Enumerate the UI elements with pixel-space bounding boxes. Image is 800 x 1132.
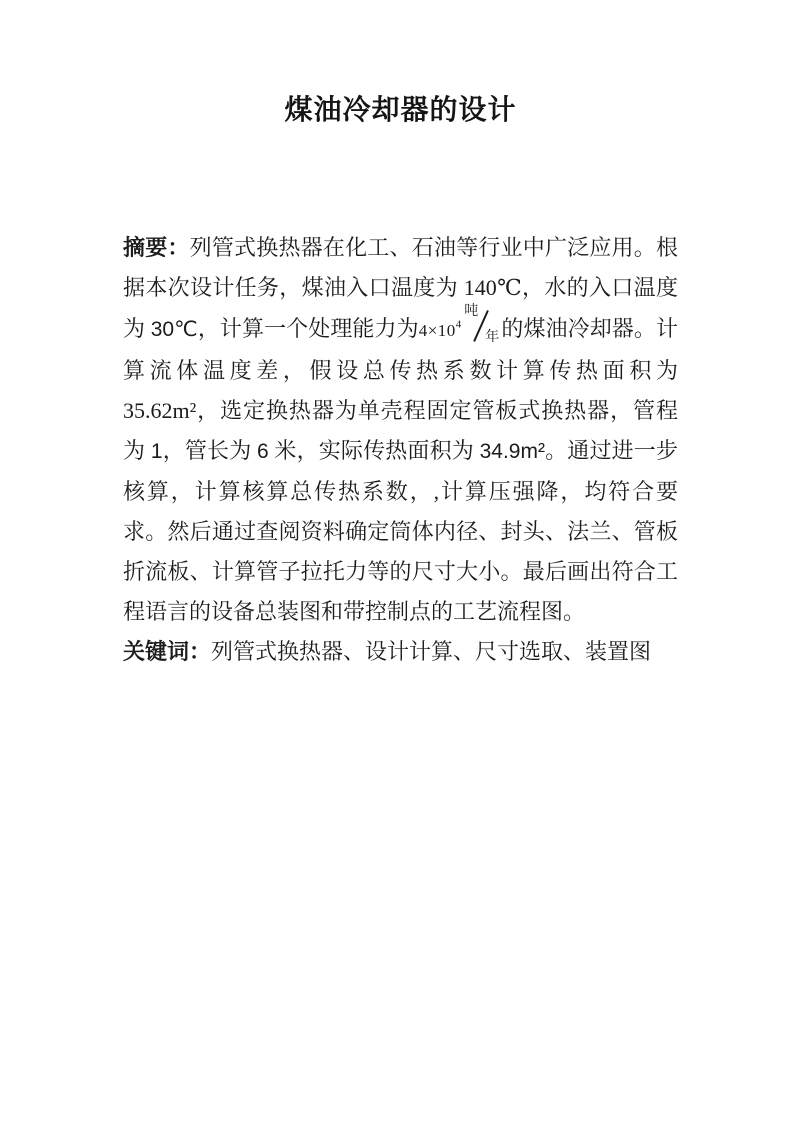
tube-length: 6 [257, 440, 269, 463]
tube-pass-count: 1 [151, 440, 163, 463]
abstract-text: 。通过进一步核算，计算核算总传热系数，,计算压强降，均符合要求。然后通过查阅资料… [123, 438, 678, 624]
abstract-label: 摘要： [123, 235, 190, 260]
keywords-label: 关键词： [123, 639, 211, 664]
document-page: 煤油冷却器的设计 摘要：列管式换热器在化工、石油等行业中广泛应用。根据本次设计任… [0, 0, 800, 1132]
abstract-text: ，计算一个处理能力为 [198, 316, 419, 341]
keywords-text: 列管式换热器、设计计算、尺寸选取、装置图 [211, 639, 651, 664]
throughput-formula: 4×104吨年 [419, 316, 502, 341]
unit-fraction: 吨年 [463, 308, 501, 344]
keywords-line: 关键词：列管式换热器、设计计算、尺寸选取、装置图 [123, 632, 678, 672]
abstract-text: ，管长为 [163, 438, 258, 463]
page-title: 煤油冷却器的设计 [123, 92, 678, 130]
abstract-paragraph: 摘要：列管式换热器在化工、石油等行业中广泛应用。根据本次设计任务，煤油入口温度为… [123, 228, 678, 632]
abstract-text: 米，实际传热面积为 [269, 438, 480, 463]
water-inlet-temp: 30℃ [151, 318, 198, 341]
actual-area: 34.9m² [480, 440, 545, 463]
